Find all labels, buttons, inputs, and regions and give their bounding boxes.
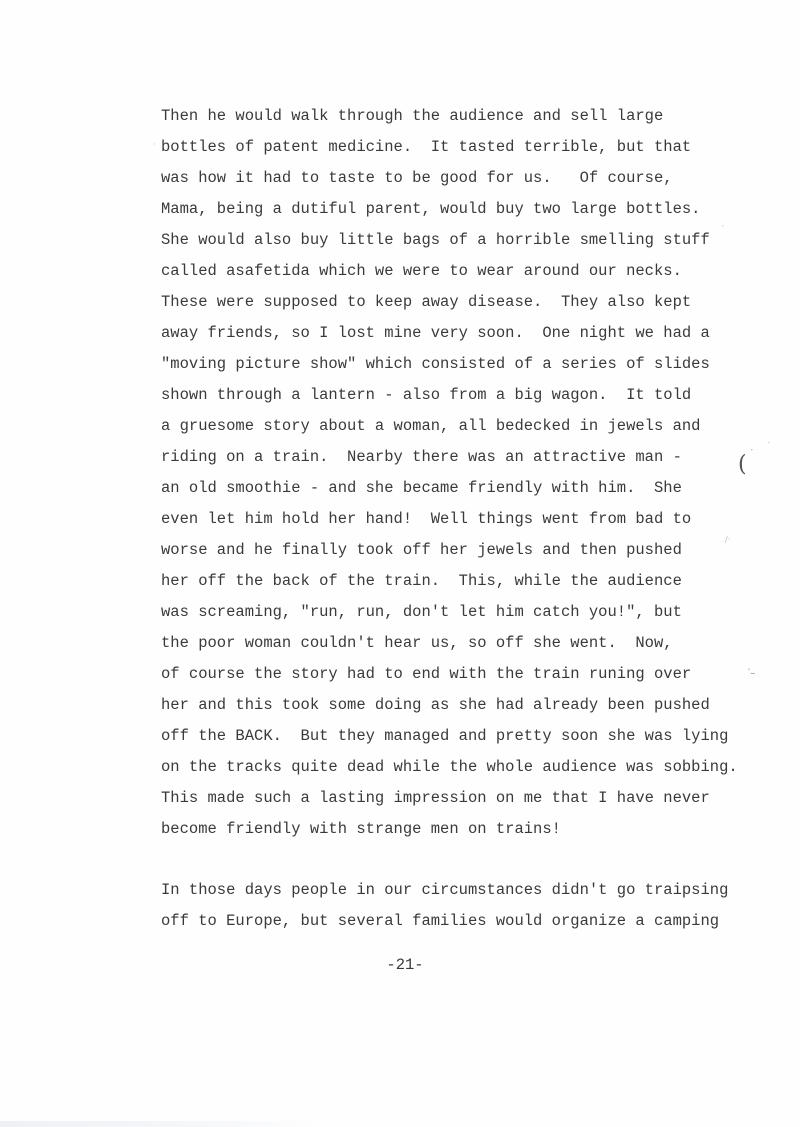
text-line: become friendly with strange men on trai…: [161, 814, 738, 845]
text-line: shown through a lantern - also from a bi…: [161, 380, 738, 411]
text-line: an old smoothie - and she became friendl…: [161, 473, 738, 504]
scan-mark: ·: [153, 140, 156, 149]
scan-mark: ′–: [748, 668, 755, 679]
text-line: was how it had to taste to be good for u…: [161, 163, 738, 194]
text-line: a gruesome story about a woman, all bede…: [161, 411, 738, 442]
text-line: In those days people in our circumstance…: [161, 875, 728, 906]
paragraph-2: In those days people in our circumstance…: [161, 875, 728, 937]
text-line: This made such a lasting impression on m…: [161, 783, 738, 814]
scan-mark: ′: [722, 224, 724, 233]
scan-edge-shadow: [0, 1121, 320, 1127]
text-line: Then he would walk through the audience …: [161, 101, 738, 132]
scan-mark: ·: [768, 440, 770, 447]
text-line: Mama, being a dutiful parent, would buy …: [161, 194, 738, 225]
paragraph-1: Then he would walk through the audience …: [161, 101, 738, 845]
text-line: called asafetida which we were to wear a…: [161, 256, 738, 287]
text-line: "moving picture show" which consisted of…: [161, 349, 738, 380]
text-line: the poor woman couldn't hear us, so off …: [161, 628, 738, 659]
text-line: bottles of patent medicine. It tasted te…: [161, 132, 738, 163]
text-line: away friends, so I lost mine very soon. …: [161, 318, 738, 349]
text-line: These were supposed to keep away disease…: [161, 287, 738, 318]
document-page: Then he would walk through the audience …: [0, 0, 800, 1127]
text-line: She would also buy little bags of a horr…: [161, 225, 738, 256]
text-line: off to Europe, but several families woul…: [161, 906, 728, 937]
text-line: her and this took some doing as she had …: [161, 690, 738, 721]
scan-mark: ′: [751, 448, 753, 457]
text-line: even let him hold her hand! Well things …: [161, 504, 738, 535]
scan-mark: ∕·: [725, 535, 730, 544]
text-line: worse and he finally took off her jewels…: [161, 535, 738, 566]
text-line: was screaming, "run, run, don't let him …: [161, 597, 738, 628]
text-line: her off the back of the train. This, whi…: [161, 566, 738, 597]
text-line: on the tracks quite dead while the whole…: [161, 752, 738, 783]
text-line: of course the story had to end with the …: [161, 659, 738, 690]
text-line: riding on a train. Nearby there was an a…: [161, 442, 738, 473]
scan-mark: (: [738, 452, 747, 477]
page-number: -21-: [0, 956, 800, 974]
text-line: off the BACK. But they managed and prett…: [161, 721, 738, 752]
